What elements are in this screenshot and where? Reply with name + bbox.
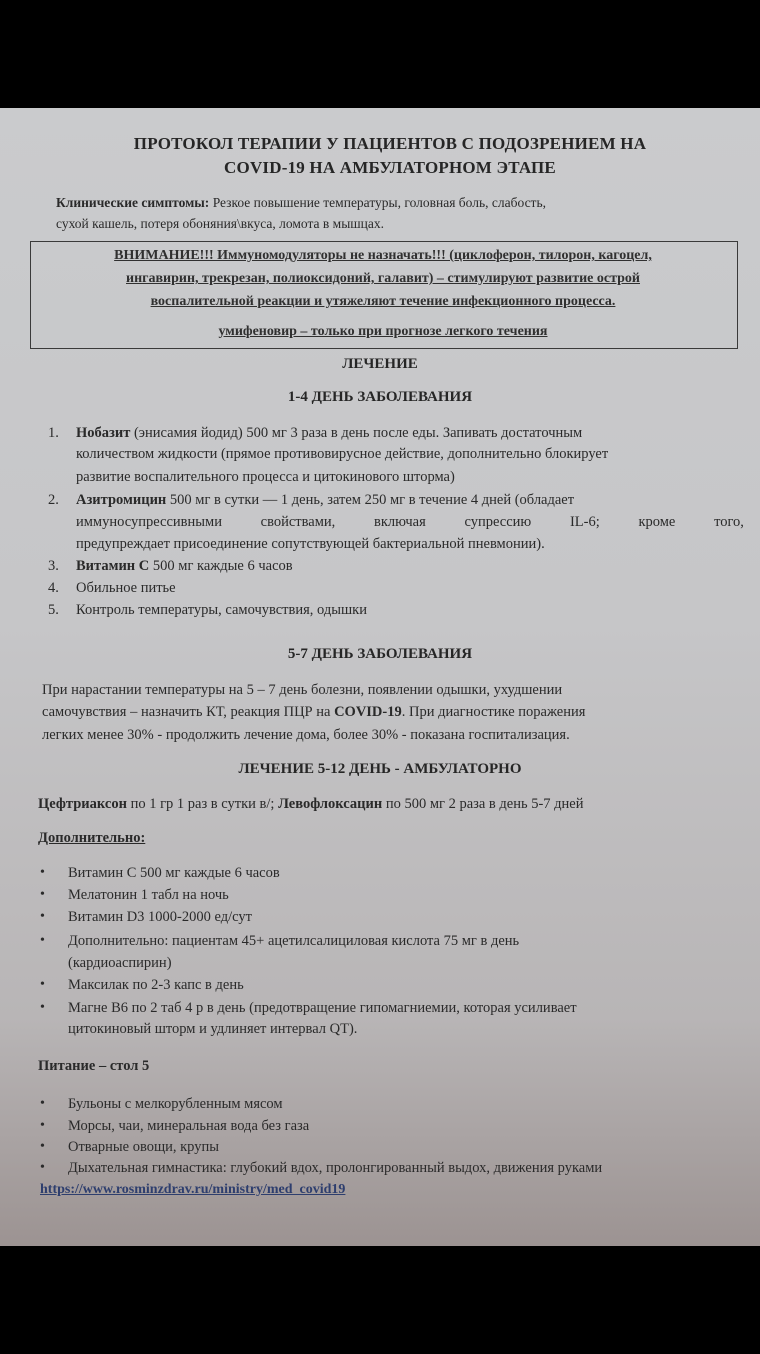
list-item: Отварные овощи, крупы xyxy=(68,1139,219,1156)
list-item-line: количеством жидкости (прямое противовиру… xyxy=(76,446,608,463)
para-text: самочувствия – назначить КТ, реакция ПЦР… xyxy=(42,704,334,720)
word: включая xyxy=(374,514,426,531)
days-5-7-heading: 5-7 ДЕНЬ ЗАБОЛЕВАНИЯ xyxy=(0,646,760,663)
document-title-line1: ПРОТОКОЛ ТЕРАПИИ У ПАЦИЕНТОВ С ПОДОЗРЕНИ… xyxy=(60,134,720,154)
list-item-line: развитие воспалительного процесса и цито… xyxy=(76,469,455,486)
item-text: по 500 мг 2 раза в день 5-7 дней xyxy=(382,796,583,812)
para-bold: COVID-19 xyxy=(334,704,402,720)
days-5-7-para-line3: легких менее 30% - продолжить лечение до… xyxy=(42,727,570,744)
word: свойствами, xyxy=(261,514,336,531)
list-item: Витамин С 500 мг каждые 6 часов xyxy=(68,865,280,882)
warning-line3: воспалительной реакции и утяжеляют течен… xyxy=(30,294,736,310)
days-5-12-heading: ЛЕЧЕНИЕ 5-12 ДЕНЬ - АМБУЛАТОРНО xyxy=(0,761,760,778)
list-item-line: предупреждает присоединение сопутствующе… xyxy=(76,536,545,553)
bullet-icon: • xyxy=(40,1160,45,1176)
drug-name: Витамин С xyxy=(76,558,149,574)
item-text: 500 мг в сутки — 1 день, затем 250 мг в … xyxy=(166,492,574,508)
antibiotics-line: Цефтриаксон по 1 гр 1 раз в сутки в/; Ле… xyxy=(38,796,584,813)
source-link[interactable]: https://www.rosminzdrav.ru/ministry/med_… xyxy=(40,1182,345,1198)
item-number: 4. xyxy=(48,580,59,597)
treatment-heading: ЛЕЧЕНИЕ xyxy=(0,356,760,373)
symptoms-label: Клинические симптомы: xyxy=(56,195,209,210)
warning-line1: ВНИМАНИЕ!!! Иммуномодуляторы не назначат… xyxy=(30,248,736,264)
list-item-monitoring: Контроль температуры, самочувствия, одыш… xyxy=(76,602,367,619)
list-item-continuation: (кардиоаспирин) xyxy=(68,955,172,972)
item-number: 1. xyxy=(48,425,59,442)
list-item-drinking: Обильное питье xyxy=(76,580,176,597)
list-item: Магне В6 по 2 таб 4 р в день (предотвращ… xyxy=(68,1000,577,1017)
bullet-icon: • xyxy=(40,865,45,881)
word: супрессию xyxy=(465,514,532,531)
drug-name: Азитромицин xyxy=(76,492,166,508)
symptoms-line2: сухой кашель, потеря обоняния\вкуса, лом… xyxy=(56,216,384,232)
bullet-icon: • xyxy=(40,1118,45,1134)
para-text: . При диагностике поражения xyxy=(402,704,586,720)
days-5-7-para-line2: самочувствия – назначить КТ, реакция ПЦР… xyxy=(42,704,585,721)
item-text: 500 мг каждые 6 часов xyxy=(149,558,292,574)
list-item: Бульоны с мелкорубленным мясом xyxy=(68,1096,283,1113)
list-item: Максилак по 2-3 капс в день xyxy=(68,977,244,994)
word: того, xyxy=(714,514,744,531)
list-item: Дыхательная гимнастика: глубокий вдох, п… xyxy=(68,1160,602,1177)
list-item-continuation: цитокиновый шторм и удлиняет интервал QT… xyxy=(68,1021,357,1038)
list-item: Витамин D3 1000-2000 ед/сут xyxy=(68,909,252,926)
bullet-icon: • xyxy=(40,1000,45,1016)
item-number: 3. xyxy=(48,558,59,575)
symptoms-line1: Клинические симптомы: Резкое повышение т… xyxy=(56,195,546,211)
item-text: (энисамия йодид) 500 мг 3 раза в день по… xyxy=(130,425,582,441)
bullet-icon: • xyxy=(40,933,45,949)
drug-name: Цефтриаксон xyxy=(38,796,127,812)
bullet-icon: • xyxy=(40,1139,45,1155)
warning-line4: умифеновир – только при прогнозе легкого… xyxy=(30,324,736,340)
list-item-nobazit: Нобазит (энисамия йодид) 500 мг 3 раза в… xyxy=(76,425,582,442)
item-number: 5. xyxy=(48,602,59,619)
list-item-line-justified: иммуносупрессивнымисвойствами,включаясуп… xyxy=(76,514,744,531)
item-text: по 1 гр 1 раз в сутки в/; xyxy=(127,796,278,812)
days-1-4-heading: 1-4 ДЕНЬ ЗАБОЛЕВАНИЯ xyxy=(0,389,760,406)
bullet-icon: • xyxy=(40,1096,45,1112)
item-number: 2. xyxy=(48,492,59,509)
symptoms-text: Резкое повышение температуры, головная б… xyxy=(209,195,546,210)
bullet-icon: • xyxy=(40,887,45,903)
warning-line2: ингавирин, трекрезан, полиоксидоний, гал… xyxy=(30,271,736,287)
additional-heading: Дополнительно: xyxy=(38,830,145,847)
list-item: Морсы, чаи, минеральная вода без газа xyxy=(68,1118,309,1135)
word: иммуносупрессивными xyxy=(76,514,222,531)
word: IL-6; xyxy=(570,514,600,531)
bullet-icon: • xyxy=(40,909,45,925)
days-5-7-para-line1: При нарастании температуры на 5 – 7 день… xyxy=(42,682,562,699)
list-item-azithromycin: Азитромицин 500 мг в сутки — 1 день, зат… xyxy=(76,492,574,509)
document-title-line2: COVID-19 НА АМБУЛАТОРНОМ ЭТАПЕ xyxy=(60,158,720,178)
bullet-icon: • xyxy=(40,977,45,993)
list-item-vitamin-c: Витамин С 500 мг каждые 6 часов xyxy=(76,558,293,575)
drug-name: Нобазит xyxy=(76,425,130,441)
nutrition-heading: Питание – стол 5 xyxy=(38,1058,149,1075)
word: кроме xyxy=(638,514,675,531)
list-item: Дополнительно: пациентам 45+ ацетилсалиц… xyxy=(68,933,519,950)
list-item: Мелатонин 1 табл на ночь xyxy=(68,887,229,904)
drug-name: Левофлоксацин xyxy=(278,796,382,812)
